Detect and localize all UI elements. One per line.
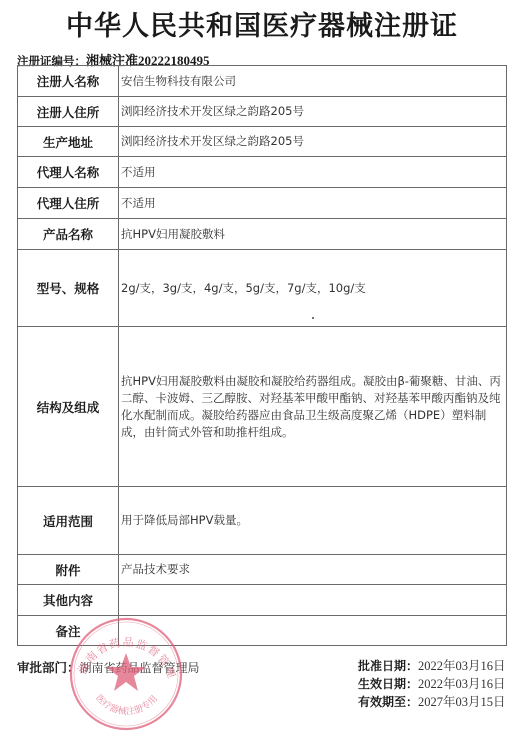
field-label: 型号、规格 — [18, 250, 119, 327]
field-value — [119, 616, 507, 646]
table-row: 生产地址 浏阳经济技术开发区绿之韵路205号 — [18, 127, 507, 157]
approval-date-label: 批准日期： — [358, 659, 418, 673]
field-label: 注册人住所 — [18, 97, 119, 127]
table-row: 注册人住所 浏阳经济技术开发区绿之韵路205号 — [18, 97, 507, 127]
table-row: 代理人住所 不适用 — [18, 188, 507, 219]
field-value: 不适用 — [119, 188, 507, 219]
effective-date-label: 生效日期： — [358, 677, 418, 691]
field-label: 生产地址 — [18, 127, 119, 157]
table-row: 附件 产品技术要求 — [18, 555, 507, 585]
table-row: 结构及组成 抗HPV妇用凝胶敷料由凝胶和凝胶给药器组成。凝胶由β-葡聚糖、甘油、… — [18, 327, 507, 487]
table-row: 备注 — [18, 616, 507, 646]
field-value — [119, 585, 507, 616]
table-row: 适用范围 用于降低局部HPV载量。 — [18, 487, 507, 555]
field-label: 产品名称 — [18, 219, 119, 250]
field-value: 浏阳经济技术开发区绿之韵路205号 — [119, 97, 507, 127]
field-value: 抗HPV妇用凝胶敷料 — [119, 219, 507, 250]
field-value: 不适用 — [119, 157, 507, 188]
approval-date: 批准日期：2022年03月16日 — [358, 657, 506, 675]
certificate-table: 注册人名称 安信生物科技有限公司 注册人住所 浏阳经济技术开发区绿之韵路205号… — [17, 65, 507, 646]
field-value: 用于降低局部HPV载量。 — [119, 487, 507, 555]
expiry-date-label: 有效期至： — [358, 695, 418, 709]
dates-block: 批准日期：2022年03月16日 生效日期：2022年03月16日 有效期至：2… — [358, 657, 506, 711]
effective-date-value: 2022年03月16日 — [418, 677, 506, 691]
approval-date-value: 2022年03月16日 — [418, 659, 506, 673]
stray-mark — [312, 317, 314, 319]
table-row: 其他内容 — [18, 585, 507, 616]
field-value: 产品技术要求 — [119, 555, 507, 585]
table-row: 注册人名称 安信生物科技有限公司 — [18, 66, 507, 97]
field-label: 备注 — [18, 616, 119, 646]
field-label: 代理人名称 — [18, 157, 119, 188]
field-label: 其他内容 — [18, 585, 119, 616]
field-label: 结构及组成 — [18, 327, 119, 487]
table-row: 型号、规格 2g/支，3g/支，4g/支，5g/支，7g/支，10g/支 — [18, 250, 507, 327]
field-label: 适用范围 — [18, 487, 119, 555]
expiry-date-value: 2027年03月15日 — [418, 695, 506, 709]
approval-department-label: 审批部门： — [17, 660, 80, 675]
approval-department: 审批部门：湖南省药品监督管理局 — [17, 658, 200, 676]
field-value: 抗HPV妇用凝胶敷料由凝胶和凝胶给药器组成。凝胶由β-葡聚糖、甘油、丙二醇、卡波… — [119, 327, 507, 487]
table-row: 代理人名称 不适用 — [18, 157, 507, 188]
effective-date: 生效日期：2022年03月16日 — [358, 675, 506, 693]
approval-department-value: 湖南省药品监督管理局 — [80, 661, 200, 675]
field-label: 附件 — [18, 555, 119, 585]
expiry-date: 有效期至：2027年03月15日 — [358, 693, 506, 711]
document-title: 中华人民共和国医疗器械注册证 — [0, 4, 524, 43]
field-label: 注册人名称 — [18, 66, 119, 97]
field-value: 浏阳经济技术开发区绿之韵路205号 — [119, 127, 507, 157]
field-label: 代理人住所 — [18, 188, 119, 219]
field-value: 安信生物科技有限公司 — [119, 66, 507, 97]
table-row: 产品名称 抗HPV妇用凝胶敷料 — [18, 219, 507, 250]
field-value: 2g/支，3g/支，4g/支，5g/支，7g/支，10g/支 — [119, 250, 507, 327]
